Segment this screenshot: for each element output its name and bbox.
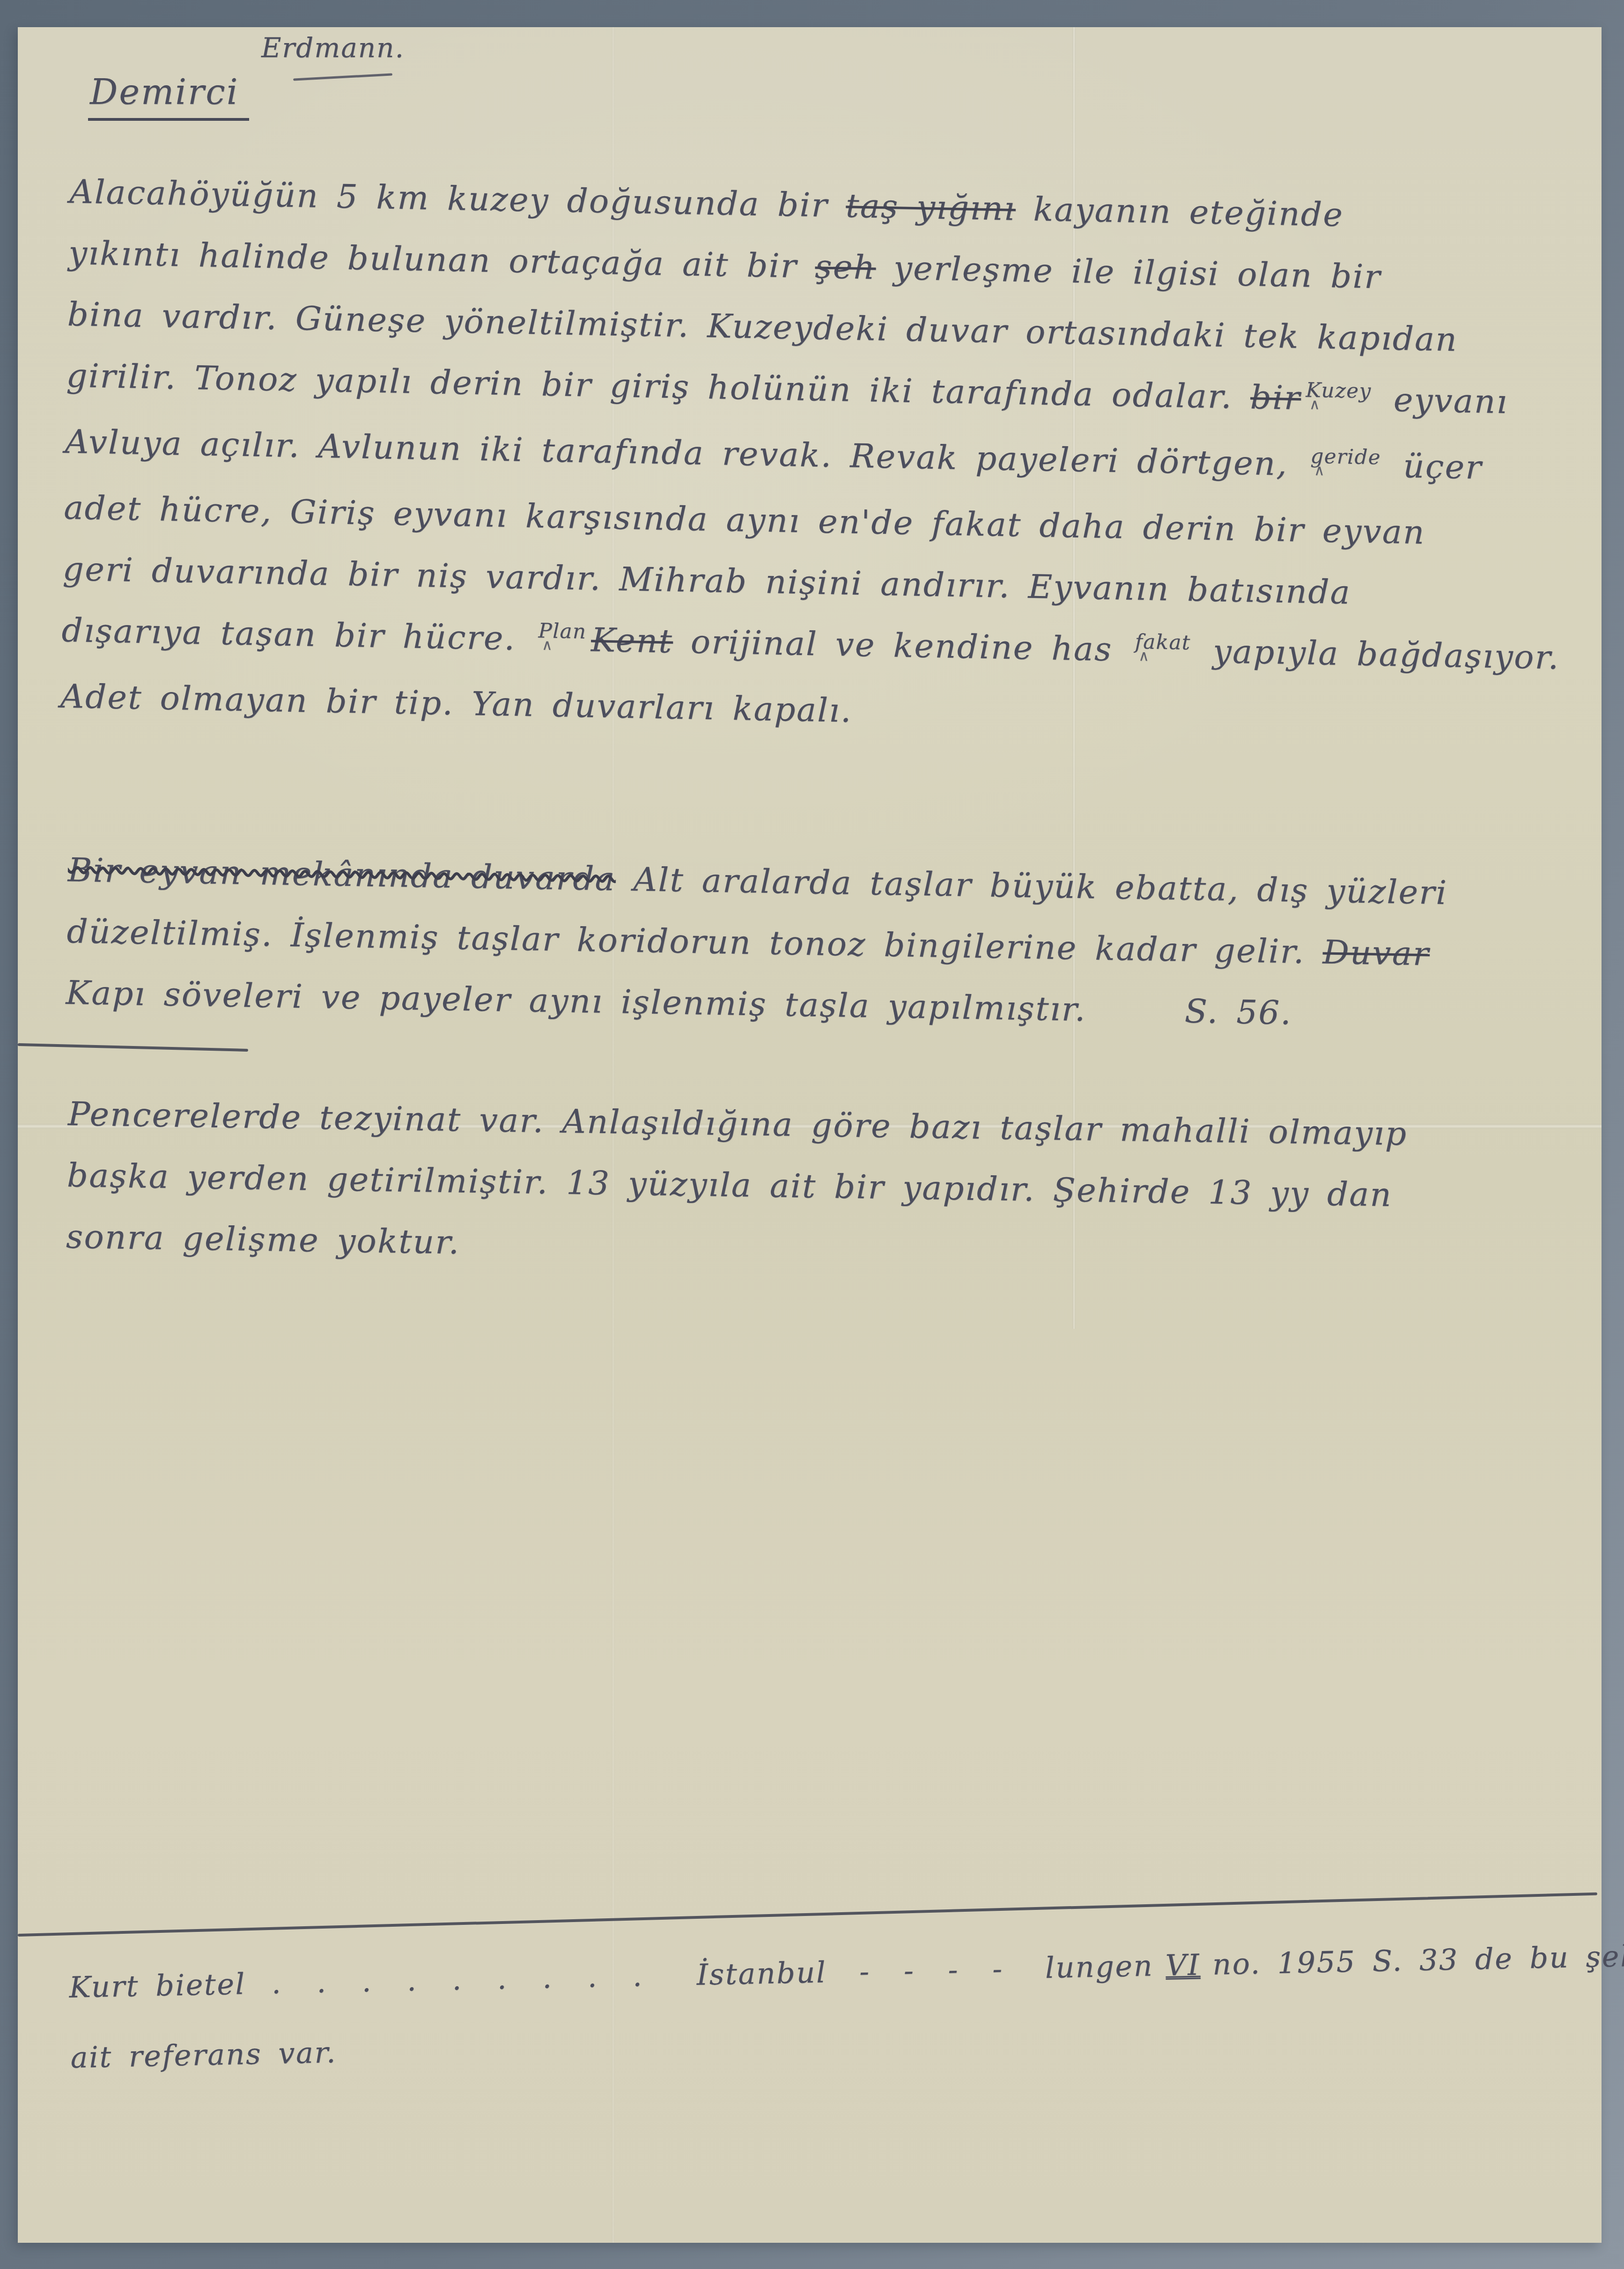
struck-text: Bir eyvan mekânında duvarda bbox=[67, 851, 616, 898]
text-segment: düzeltilmiş. İşlenmiş taşlar koridorun t… bbox=[66, 912, 1323, 971]
reference-source: lungen bbox=[1044, 1931, 1154, 2004]
manuscript-page: Erdmann. Demirci Alacahöyüğün 5 km kuzey… bbox=[18, 27, 1602, 2243]
text-segment: Pencerelerde tezyinat var. Anlaşıldığına… bbox=[67, 1095, 1408, 1153]
text-segment: geri duvarında bir niş vardır. Mihrab ni… bbox=[62, 550, 1351, 611]
text-segment: Avluya açılır. Avlunun iki tarafında rev… bbox=[65, 422, 1306, 484]
struck-text: şeh bbox=[815, 247, 876, 287]
page-title: Demirci bbox=[88, 72, 249, 121]
text-segment: yapıyla bağdaşıyor. bbox=[1195, 632, 1560, 677]
struck-text: taş yığını bbox=[846, 186, 1016, 228]
paragraph-masonry-description: Bir eyvan mekânında duvarda Alt aralarda… bbox=[65, 840, 1571, 1048]
inserted-word: fakat bbox=[1134, 611, 1191, 674]
text-segment: Alt aralarda taşlar büyük ebatta, dış yü… bbox=[615, 860, 1448, 912]
inserted-word: geride bbox=[1310, 426, 1381, 489]
text-segment: eyvanı bbox=[1375, 380, 1508, 421]
text-segment: ait referans var. bbox=[70, 2035, 337, 2075]
inserted-word: Plan bbox=[538, 601, 587, 663]
author-annotation: Erdmann. bbox=[261, 32, 405, 64]
scan-mount-background: { "header": { "annotation": "Erdmann.", … bbox=[0, 0, 1624, 2269]
inserted-word: Kuzey bbox=[1305, 360, 1372, 423]
annotation-underline-stroke bbox=[293, 73, 392, 81]
text-segment: yerleşme ile ilgisi olan bir bbox=[876, 249, 1382, 296]
reference-city: İstanbul bbox=[696, 1937, 827, 2011]
reference-dashes: - - - - bbox=[859, 1934, 1008, 2007]
text-segment: Alacahöyüğün 5 km kuzey doğusunda bir bbox=[69, 172, 846, 225]
text-segment: girilir. Tonoz yapılı derin bir giriş ho… bbox=[66, 356, 1251, 416]
struck-text: Duvar bbox=[1322, 933, 1430, 973]
paragraph-building-description: Alacahöyüğün 5 km kuzey doğusunda bir ta… bbox=[60, 161, 1573, 755]
text-segment: Adet olmayan bir tip. Yan duvarları kapa… bbox=[60, 677, 852, 730]
text-segment: başka yerden getirilmiştir. 13 yüzyıla a… bbox=[66, 1156, 1392, 1214]
text-segment: yıkıntı halinde bulunan ortaçağa ait bir bbox=[68, 234, 816, 286]
text-segment: dışarıya taşan bir hücre. bbox=[61, 611, 534, 658]
text-segment: orijinal ve kendine has bbox=[672, 622, 1130, 669]
reference-volume: VI bbox=[1165, 1930, 1201, 2001]
text-segment: üçer bbox=[1385, 447, 1483, 487]
reference-author: Kurt bietel bbox=[68, 1949, 246, 2023]
reference-detail: no. 1955 S. 33 de bu şehre bbox=[1212, 1920, 1624, 2000]
section-divider-stroke bbox=[18, 1043, 248, 1052]
struck-text: Kent bbox=[591, 621, 673, 661]
reference-dots: . . . . . . . . . bbox=[271, 1941, 653, 2019]
text-segment: Kapı söveleri ve payeler aynı işlenmiş t… bbox=[66, 973, 1087, 1029]
bibliography-note: Kurt bietel . . . . . . . . . İstanbul -… bbox=[68, 1922, 1588, 2093]
struck-text: bir bbox=[1250, 378, 1301, 417]
text-segment: kayanın eteğinde bbox=[1015, 190, 1344, 234]
paragraph-dating-notes: Pencerelerde tezyinat var. Anlaşıldığına… bbox=[66, 1083, 1571, 1290]
text-segment: sonra gelişme yoktur. bbox=[66, 1217, 461, 1261]
page-reference: S. 56. bbox=[1184, 992, 1292, 1032]
